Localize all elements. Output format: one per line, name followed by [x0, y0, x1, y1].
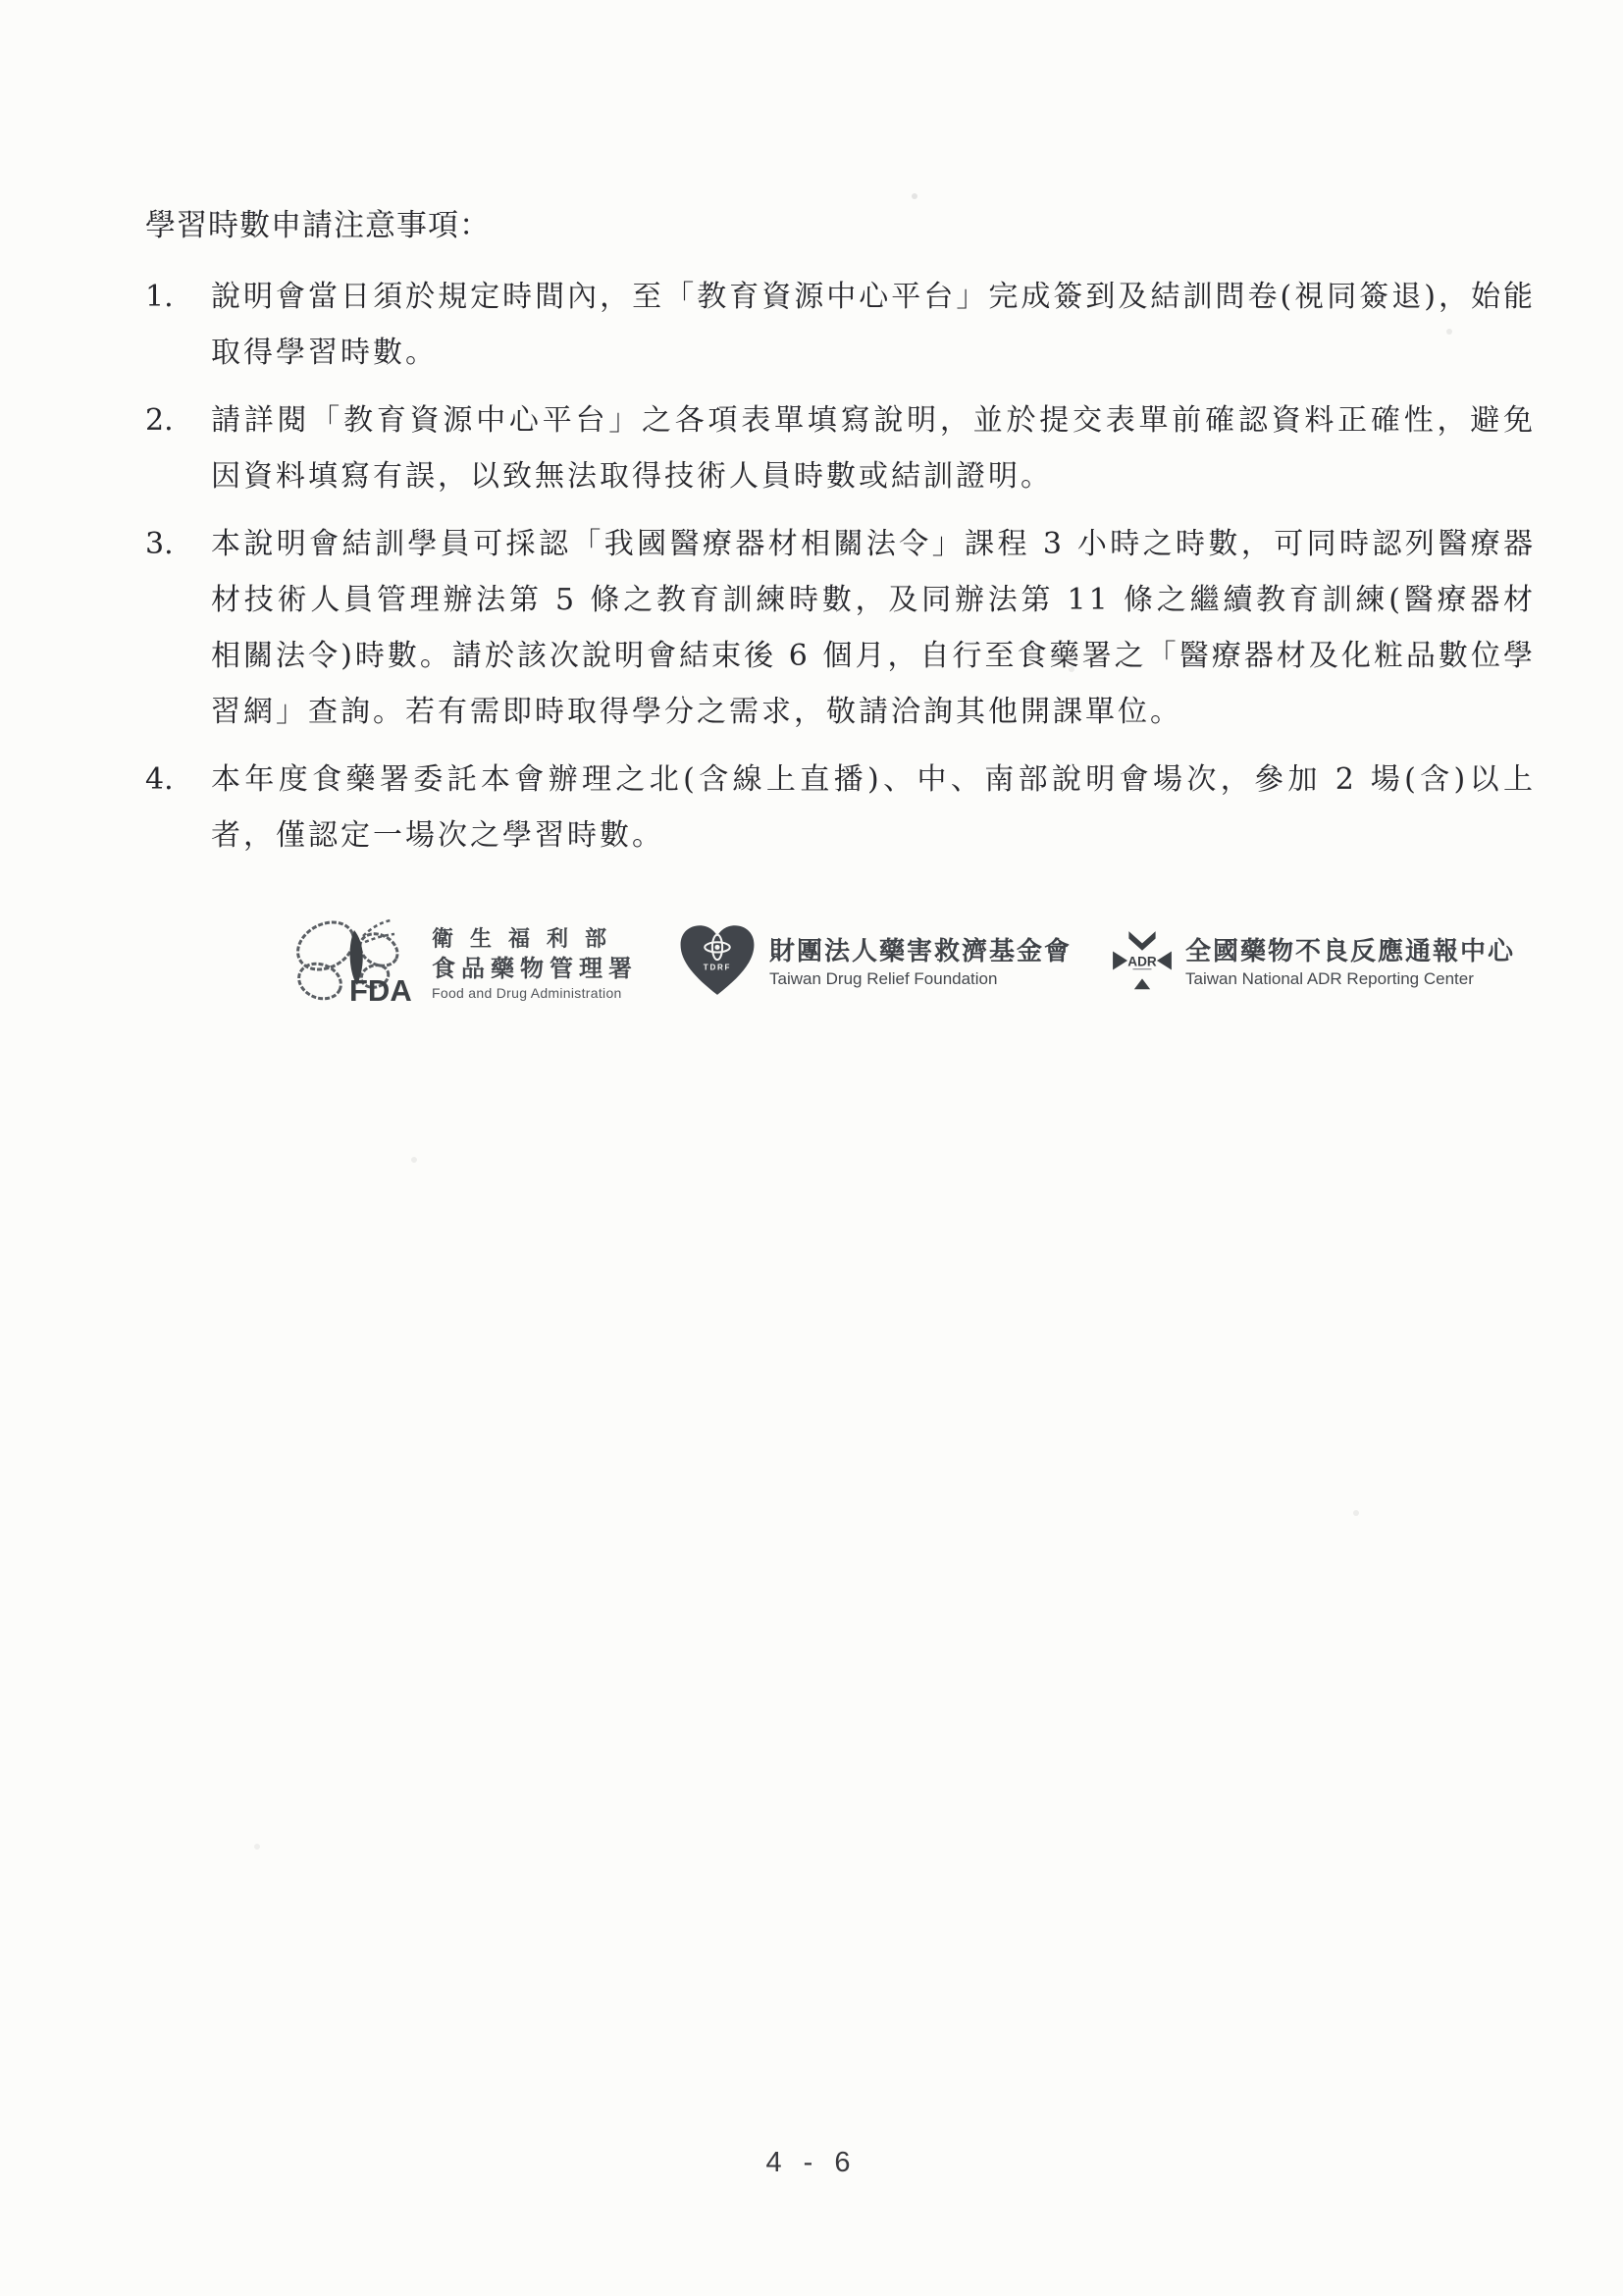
- note-item-1: 1. 說明會當日須於規定時間內，至「教育資源中心平台」完成簽到及結訓問卷(視同簽…: [145, 269, 1536, 381]
- scan-speckles: [0, 0, 4, 4]
- adr-logo: ADR 全國藥物不良反應通報中心 Taiwan National ADR Rep…: [1109, 927, 1515, 998]
- notes-section: 學習時數申請注意事項： 1. 說明會當日須於規定時間內，至「教育資源中心平台」完…: [145, 204, 1536, 1011]
- note-number: 2.: [145, 392, 211, 504]
- document-page: 學習時數申請注意事項： 1. 說明會當日須於規定時間內，至「教育資源中心平台」完…: [0, 0, 1623, 2296]
- adr-en-line: Taiwan National ADR Reporting Center: [1185, 967, 1515, 991]
- notes-list: 1. 說明會當日須於規定時間內，至「教育資源中心平台」完成簽到及結訓問卷(視同簽…: [145, 269, 1536, 863]
- adr-arrows-icon: ADR: [1109, 927, 1176, 998]
- fda-butterfly-icon: FDA: [292, 914, 422, 1011]
- tdrf-heart-icon: TDRF: [675, 921, 759, 1004]
- note-item-3: 3. 本說明會結訓學員可採認「我國醫療器材相關法令」課程 3 小時之時數，可同時…: [145, 516, 1536, 740]
- adr-zh-line: 全國藥物不良反應通報中心: [1185, 934, 1515, 967]
- note-text: 說明會當日須於規定時間內，至「教育資源中心平台」完成簽到及結訓問卷(視同簽退)，…: [211, 269, 1536, 381]
- adr-logo-text: 全國藥物不良反應通報中心 Taiwan National ADR Reporti…: [1185, 934, 1515, 991]
- fda-zh-line2: 食品藥物管理署: [432, 954, 638, 985]
- notes-heading: 學習時數申請注意事項：: [145, 204, 1536, 247]
- note-number: 4.: [145, 752, 211, 863]
- tdrf-en-line: Taiwan Drug Relief Foundation: [769, 967, 1072, 991]
- adr-abbr-label: ADR: [1127, 954, 1157, 968]
- note-number: 1.: [145, 269, 211, 381]
- note-number: 3.: [145, 516, 211, 740]
- tdrf-abbr-label: TDRF: [704, 963, 731, 971]
- note-item-2: 2. 請詳閱「教育資源中心平台」之各項表單填寫說明，並於提交表單前確認資料正確性…: [145, 392, 1536, 504]
- fda-abbr-label: FDA: [349, 973, 412, 1009]
- fda-logo-text: 衛生福利部 食品藥物管理署 Food and Drug Administrati…: [432, 924, 638, 1002]
- tdrf-logo-text: 財團法人藥害救濟基金會 Taiwan Drug Relief Foundatio…: [769, 934, 1072, 991]
- fda-en-line: Food and Drug Administration: [432, 985, 638, 1002]
- note-text: 本年度食藥署委託本會辦理之北(含線上直播)、中、南部說明會場次，參加 2 場(含…: [211, 752, 1536, 863]
- tdrf-zh-line: 財團法人藥害救濟基金會: [769, 934, 1072, 967]
- fda-zh-line1: 衛生福利部: [432, 924, 638, 954]
- fda-logo: FDA 衛生福利部 食品藥物管理署 Food and Drug Administ…: [292, 914, 638, 1011]
- note-text: 本說明會結訓學員可採認「我國醫療器材相關法令」課程 3 小時之時數，可同時認列醫…: [211, 516, 1536, 740]
- note-text: 請詳閱「教育資源中心平台」之各項表單填寫說明，並於提交表單前確認資料正確性，避免…: [211, 392, 1536, 504]
- tdrf-logo: TDRF 財團法人藥害救濟基金會 Taiwan Drug Relief Foun…: [675, 921, 1072, 1004]
- page-number: 4 - 6: [0, 2147, 1623, 2179]
- organization-logo-row: FDA 衛生福利部 食品藥物管理署 Food and Drug Administ…: [292, 914, 1536, 1011]
- note-item-4: 4. 本年度食藥署委託本會辦理之北(含線上直播)、中、南部說明會場次，參加 2 …: [145, 752, 1536, 863]
